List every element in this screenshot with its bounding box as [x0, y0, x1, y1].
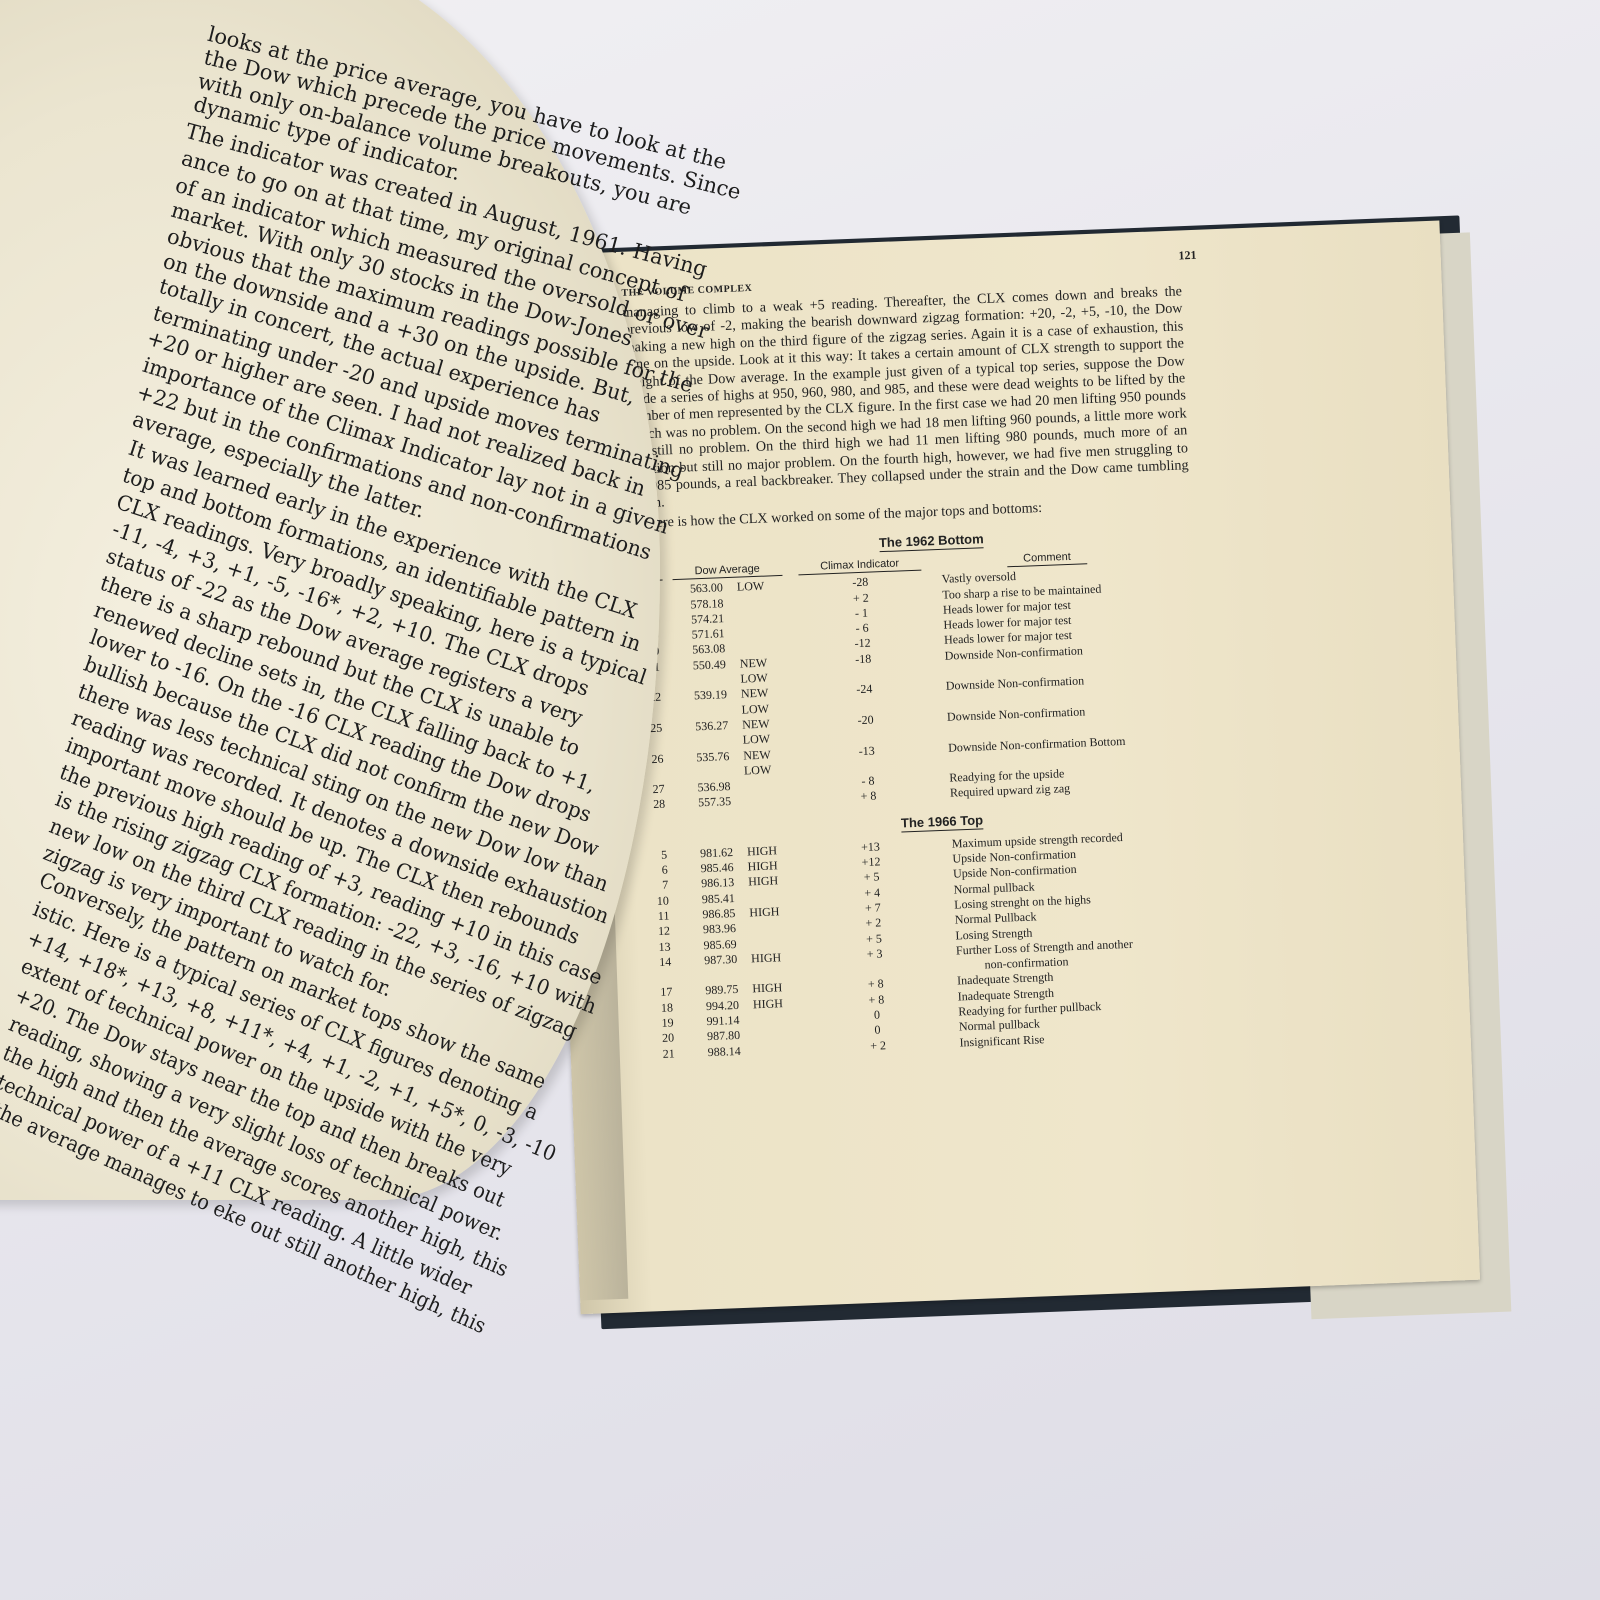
cell-note: NEW LOW	[726, 654, 797, 687]
cell-dow: 535.76	[669, 749, 730, 782]
cell-dow: 550.49	[666, 657, 727, 690]
cell-note	[740, 1041, 811, 1059]
cell-date: 17	[648, 985, 679, 1001]
cell-date: 7	[644, 878, 675, 894]
cell-date: 21	[650, 1046, 681, 1062]
cell-note: NEW LOW	[728, 715, 799, 748]
cell-date	[648, 969, 679, 985]
cell-dow: 988.14	[680, 1043, 741, 1061]
cell-note	[731, 792, 802, 810]
cell-date: 6	[643, 862, 674, 878]
cell-date: 28	[641, 797, 672, 813]
cell-date: 27	[640, 782, 671, 798]
cell-dow: 539.19	[667, 688, 728, 721]
table-1966: 5981.62HIGH+13Maximum upside strength re…	[643, 827, 1211, 1062]
page-number: 121	[1178, 248, 1197, 264]
cell-dow: 536.27	[668, 718, 729, 751]
cell-date: 12	[646, 923, 677, 939]
header-dow: Dow Average	[672, 562, 782, 580]
cell-note: NEW LOW	[727, 685, 798, 718]
cell-date: 10	[645, 893, 676, 909]
cell-date: 5	[643, 847, 674, 863]
cell-date: 18	[649, 1000, 680, 1016]
cell-dow: 557.35	[671, 795, 732, 813]
cell-date: 20	[650, 1030, 681, 1046]
cell-date: 19	[649, 1015, 680, 1031]
table-1962: 14563.00LOW-28Vastly oversold15578.18+ 2…	[633, 562, 1201, 813]
header-comment: Comment	[1007, 551, 1087, 568]
cell-date: 14	[647, 954, 678, 970]
cell-note: NEW LOW	[729, 746, 800, 779]
cell-date: 13	[646, 939, 677, 955]
cell-date: 11	[645, 908, 676, 924]
